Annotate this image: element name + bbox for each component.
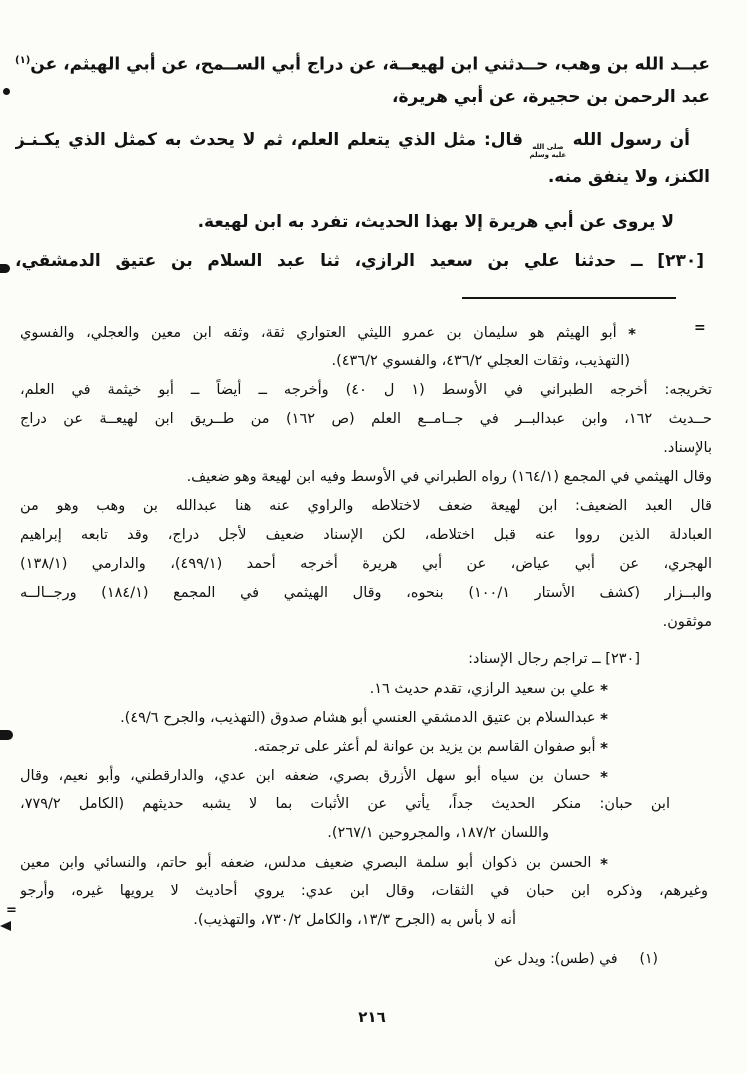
text-line: واللسان ١٨٧/٢، والمجروحين ٢٦٧/١). <box>20 819 712 848</box>
text-line: لا يروى عن أبي هريرة إلا بهذا الحديث، تف… <box>15 204 710 241</box>
footnote-star-icon: * <box>600 705 608 732</box>
text-line: عبــد الله بن وهب، حــدثني ابن لهيعــة، … <box>15 42 710 79</box>
text-line: [٢٣٠] ــ تراجم رجال الإسناد: <box>20 645 712 674</box>
text-line: * أبو صفوان القاسم بن يزيد بن عوانة لم أ… <box>20 732 712 761</box>
text-line: العبادلة الذين رووا عنه قبل اختلاطه، لكن… <box>20 521 712 550</box>
text-line: ابن حبان: منكر الحديث جداً، يأتي عن الأث… <box>20 790 712 819</box>
text-line: أن رسول الله صلى اللهعليه وسلم قال: مثل … <box>15 122 710 159</box>
text-line: * الحسن بن ذكوان أبو سلمة البصري ضعيف مد… <box>20 848 712 877</box>
main-text-block: عبــد الله بن وهب، حــدثني ابن لهيعــة، … <box>15 42 710 280</box>
footnote-ref: (١) <box>15 55 30 66</box>
text-line: * حسان بن سياه أبو سهل الأزرق بصري، ضعفه… <box>20 761 712 790</box>
text-line: قال العبد الضعيف: ابن لهيعة ضعف لاختلاطه… <box>20 492 712 521</box>
text-line: وقال الهيثمي في المجمع (١٦٤/١) رواه الطب… <box>20 463 712 492</box>
text-line: الهجري، عن أبي عياض، عن أبي هريرة أخرجه … <box>20 550 712 579</box>
apparatus-note: (١) في (طس): ويدل عن <box>494 951 658 967</box>
footnote-star-icon: * <box>628 320 636 347</box>
footnote-star-icon: * <box>600 850 608 877</box>
footnote-star-icon: * <box>600 734 608 761</box>
continuation-mark-left: = <box>6 903 17 918</box>
page-number: ٢١٦ <box>330 1008 414 1026</box>
footnote-separator-rule <box>462 297 676 299</box>
text-line: (التهذيب، وثقات العجلي ٤٣٦/٢، والفسوي ٤٣… <box>20 347 712 376</box>
pbuh-symbol: صلى اللهعليه وسلم <box>531 144 565 159</box>
text-line: * عبدالسلام بن عتيق الدمشقي العنسي أبو ه… <box>20 703 712 732</box>
text-line: حــديث ١٦٢، وابن عبدالبــر في جــامــع ا… <box>20 405 712 434</box>
text-line: * علي بن سعيد الرازي، تقدم حديث ١٦. <box>20 674 712 703</box>
text-line: بالإسناد. <box>20 434 712 463</box>
ink-blob-artifact <box>0 730 13 740</box>
text-line: [٢٣٠] ــ حدثنا علي بن سعيد الرازي، ثنا ع… <box>15 243 710 280</box>
text-line: تخريجه: أخرجه الطبراني في الأوسط (١ ل ٤٠… <box>20 376 712 405</box>
text-line: وغيرهم، وذكره ابن حبان في الثقات، وقال ا… <box>20 877 712 906</box>
apparatus-note-text: في (طس): ويدل عن <box>494 951 618 967</box>
ink-dot-artifact <box>3 88 10 95</box>
text-line: * أبو الهيثم هو سليمان بن عمرو الليثي ال… <box>20 318 712 347</box>
footnote-star-icon: * <box>600 676 608 703</box>
text-line: عبد الرحمن بن حجيرة، عن أبي هريرة، <box>15 79 710 116</box>
ink-blob-artifact <box>0 264 10 273</box>
footnotes-block: * أبو الهيثم هو سليمان بن عمرو الليثي ال… <box>20 318 712 935</box>
text-line: والبــزار (كشف الأستار ١٠٠/١) بنحوه، وقا… <box>20 579 712 608</box>
text-line: الكنز، ولا ينفق منه. <box>15 159 710 196</box>
margin-arrow-artifact <box>0 921 11 931</box>
scanned-book-page: عبــد الله بن وهب، حــدثني ابن لهيعــة، … <box>0 0 746 1074</box>
text-line: موثقون. <box>20 608 712 637</box>
text-line: أنه لا بأس به (الجرح ١٣/٣، والكامل ٧٣٠/٢… <box>20 906 712 935</box>
apparatus-note-marker: (١) <box>640 951 658 967</box>
footnote-star-icon: * <box>600 763 608 790</box>
